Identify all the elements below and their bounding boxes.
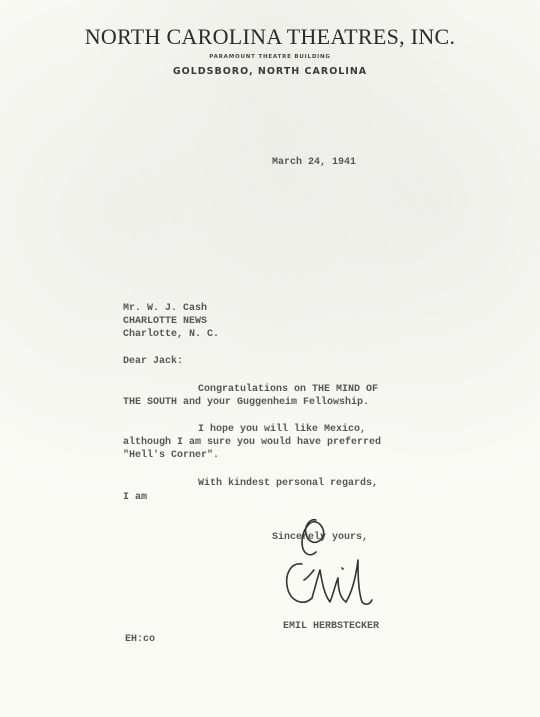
body-paragraph-2-line-2: although I am sure you would have prefer… (123, 437, 381, 449)
salutation: Dear Jack: (123, 356, 183, 368)
body-paragraph-2-line-3: "Hell's Corner". (123, 450, 219, 462)
recipient-address: Charlotte, N. C. (123, 329, 219, 341)
signer-name: EMIL HERBSTECKER (283, 621, 379, 633)
letterhead-company: NORTH CAROLINA THEATRES, INC. (0, 24, 540, 50)
body-paragraph-2-line-1: I hope you will like Mexico, (198, 424, 366, 436)
body-paragraph-3-line-2: I am (123, 492, 147, 504)
recipient-organization: CHARLOTTE NEWS (123, 316, 207, 328)
letter-page: NORTH CAROLINA THEATRES, INC. PARAMOUNT … (0, 0, 540, 717)
body-paragraph-3-line-1: With kindest personal regards, (198, 478, 378, 490)
recipient-name: Mr. W. J. Cash (123, 303, 207, 315)
body-paragraph-1-line-1: Congratulations on THE MIND OF (198, 384, 378, 396)
letter-date: March 24, 1941 (272, 157, 356, 169)
letterhead-city: GOLDSBORO, NORTH CAROLINA (0, 66, 540, 77)
reference-initials: EH:co (125, 634, 155, 646)
letterhead-building: PARAMOUNT THEATRE BUILDING (0, 54, 540, 60)
body-paragraph-1-line-2: THE SOUTH and your Guggenheim Fellowship… (123, 397, 369, 409)
handwritten-signature (282, 512, 392, 622)
